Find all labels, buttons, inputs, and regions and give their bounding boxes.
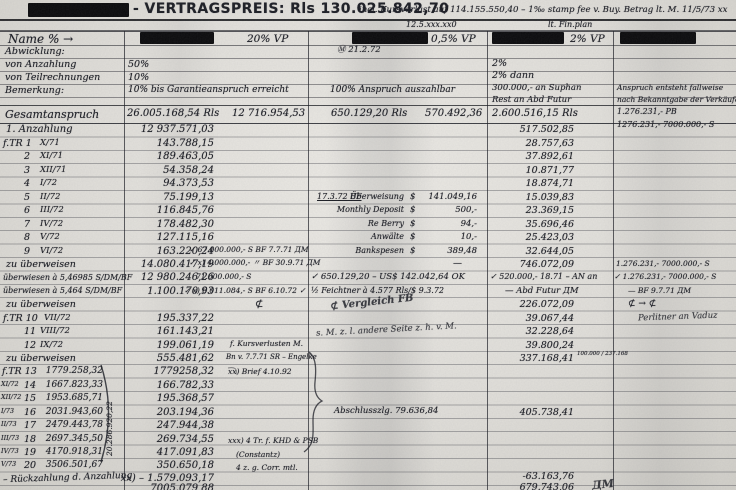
currency-sign: $	[410, 206, 415, 215]
strike-mark: ⊄	[255, 300, 263, 310]
term-remark-last: Anspruch entsteht fallweise	[617, 84, 723, 92]
amount-2vp: 28.757,63	[526, 139, 574, 149]
amount-2vp: 39.800,24	[526, 341, 574, 351]
amount-20vp: 195.337,22	[157, 314, 214, 324]
amount-20vp: 166.782,33	[157, 381, 214, 391]
row-label: 3	[24, 166, 30, 176]
term-value-2vp: 2% dann	[492, 71, 534, 81]
amount-2vp: 226.072,09	[520, 300, 574, 310]
rls-amount: 2479.443,78	[46, 421, 103, 430]
month-cell: IV/72	[40, 220, 63, 229]
row-label: zu überweisen	[6, 300, 76, 310]
amount-2vp: 25.423,03	[526, 233, 574, 243]
term-value-2vp: 2%	[492, 59, 507, 69]
amount-2vp-note: ✓ 520.000,- 18.71 – AN an	[490, 273, 597, 281]
month-cell: IX/72	[40, 341, 63, 350]
currency-sign: $	[410, 233, 415, 242]
row-label: 11	[24, 327, 36, 337]
row-label: 18	[24, 435, 36, 445]
row-label: 12	[24, 341, 36, 351]
month-cell: XI/72	[1, 381, 19, 388]
term-remark-2vp: Rest an Abd Futur	[492, 96, 571, 105]
row-label: 8	[24, 233, 30, 243]
ledger-amount: 500,-	[455, 206, 477, 215]
final-total-2vp: 679.743,06	[520, 483, 574, 490]
row-label: 17	[24, 421, 36, 431]
last-col-note: — BF 9.7.71 ДМ	[628, 287, 691, 295]
amount-20vp: 116.845,76	[157, 206, 214, 216]
side-note: ✓ x) 6.011.084,- S BF 6.10.72 ✓	[184, 287, 306, 295]
amount-20vp: 555.481,62	[157, 354, 214, 364]
ledger-item: Anwälte	[371, 233, 404, 241]
amount-20vp: 350.650,18	[157, 461, 214, 471]
fin-plan-note: lt. Fin.plan	[548, 21, 592, 29]
rls-amount: 4170.918,31	[46, 448, 103, 457]
term-remark-last: nach Bekanntgabe der Verkäufe	[617, 96, 736, 104]
last-col-note: 1.276.231,- 7000.000,- S	[616, 260, 710, 268]
amount-2vp: 39.067,44	[526, 314, 574, 324]
month-cell: XII/72	[1, 394, 21, 401]
amount-20vp: 1779258,32	[154, 367, 214, 377]
currency-sign: $	[410, 220, 415, 229]
last-col-note: ⊄ → ⊄	[628, 300, 656, 309]
rule-line	[0, 58, 736, 59]
month-cell: XI/71	[40, 152, 63, 161]
rotated-sum-note: 20.286.920,22	[106, 401, 114, 456]
month-cell: XII/71	[40, 166, 66, 175]
tiny-side-note: 100.000 / 237.168	[577, 352, 628, 358]
row-label: überwiesen à 5,464 S/DM/BF	[3, 287, 122, 295]
column-line	[124, 31, 125, 490]
scanned-ledger-page: - VERTRAGSPREIS: Rls 130.025.842,70 incl…	[0, 0, 736, 490]
total-claim-last2: 1276.231,- 7000.000,- S	[617, 121, 714, 129]
row-label: 5	[24, 193, 30, 203]
rls-amount: 2031.943,60	[46, 408, 103, 417]
row-label: zu überweisen	[6, 260, 76, 270]
month-cell: X/71	[40, 139, 60, 148]
amount-20vp: 127.115,16	[157, 233, 214, 243]
redaction-bar	[352, 32, 428, 45]
row-label: 19	[24, 448, 36, 458]
row-label: 6	[24, 206, 30, 216]
row-label: 16	[24, 408, 36, 418]
ledger-amount: 389,48	[447, 247, 477, 256]
last-col-note: ✓ 1.276.231,- 7000.000,- S	[614, 273, 716, 281]
column-header-20vp: 20% VP	[247, 34, 288, 45]
month-cell: V/73	[1, 461, 16, 468]
title-note: incl. Kursverlust auf 114.155.550,40 – 1…	[359, 6, 728, 15]
total-claim-label: Gesamtanspruch	[5, 109, 99, 120]
side-note: f. Kursverlusten M.	[230, 340, 303, 348]
month-cell: III/73	[1, 435, 19, 442]
ledger-note: Abschlusszlg. 79.636,84	[334, 407, 438, 416]
date-annotation: Ⓜ 21.2.72	[337, 46, 381, 55]
rls-amount: 3506.501,67	[46, 461, 103, 470]
footnote-xxx: xxx) 4 Tr. f. KHD & PSB	[228, 437, 318, 445]
row-label: von Anzahlung	[5, 60, 76, 70]
row-label: 14	[24, 381, 36, 391]
row-label: 15	[24, 394, 36, 404]
amount-2vp: 746.072,09	[520, 260, 574, 270]
redaction-bar	[492, 32, 564, 45]
total-claim-05vp: 650.129,20 Rls	[331, 109, 407, 119]
total-claim-20vp: 26.005.168,54 Rls	[127, 109, 219, 119]
amount-20vp: 195.368,57	[157, 394, 214, 404]
month-cell: VII/72	[44, 314, 71, 323]
redaction-bar	[28, 3, 129, 17]
ledger-note: ½ Feichtner à 4.577 Rls/$ 9.3.72	[311, 287, 444, 295]
amount-20vp: 269.734,55	[157, 435, 214, 445]
row-label: f.TR 1	[3, 139, 32, 149]
term-remark-05vp: 100% Anspruch auszahlbar	[330, 86, 455, 95]
amount-2vp: 337.168,41	[520, 354, 574, 364]
month-cell: III/72	[40, 206, 64, 215]
column-header-name: Name % →	[8, 33, 73, 45]
ledger-item: Re Berry	[368, 220, 404, 228]
column-line	[487, 31, 488, 490]
rule-line	[0, 105, 736, 107]
amount-20vp: 94.373,53	[163, 179, 214, 189]
amount-20vp: 161.143,21	[157, 327, 214, 337]
total-claim-2vp: 2.600.516,15 Rls	[492, 109, 578, 119]
term-remark-2vp: 300.000,- an Suphan	[492, 84, 581, 93]
row-label: überwiesen à 5,46985 S/DM/BF	[3, 274, 132, 282]
amount-2vp: 32.644,05	[526, 247, 574, 257]
rls-amount: 1667.823,33	[46, 381, 103, 390]
amount-20vp: 75.199,13	[163, 193, 214, 203]
row-label: 1. Anzahlung	[6, 125, 73, 135]
month-cell: V/72	[40, 233, 60, 242]
rls-amount: 1779.258,32	[46, 367, 103, 376]
amount-2vp: 405.738,41	[520, 408, 574, 418]
row-label: 2	[24, 152, 30, 162]
row-label: Abwicklung:	[5, 47, 65, 57]
month-cell: IV/73	[1, 448, 19, 455]
ledger-amount: 94,-	[461, 220, 477, 229]
month-cell: I/73	[1, 408, 14, 415]
row-label: 9	[24, 247, 30, 257]
row-label: f.TR 13	[2, 367, 37, 377]
ledger-amount: 141.049,16	[428, 193, 477, 202]
total-claim-last: 1.276.231,- PB	[617, 108, 677, 116]
amount-20vp: 247.944,38	[157, 421, 214, 431]
month-cell: VI/72	[40, 247, 63, 256]
side-note: xx) Brief 4.10.92	[228, 368, 292, 376]
amount-20vp: 203.194,36	[157, 408, 214, 418]
ledger-amount: 10,-	[461, 233, 477, 242]
amount-20vp: 54.358,24	[163, 166, 214, 176]
row-label: 4	[24, 179, 30, 189]
month-cell: VIII/72	[40, 327, 70, 336]
initials-scribble: ДМ	[591, 478, 614, 490]
final-total-20vp: 7005.079,88	[150, 484, 214, 490]
row-label: f.TR 10	[3, 314, 38, 324]
column-header-2vp: 2% VP	[570, 34, 605, 45]
side-note: ✓ x) 4.000.000,- 〃 BF 30.9.71 ДМ	[189, 259, 320, 267]
ledger-item: Überweisung	[350, 193, 404, 201]
ledger-sum-dash: —	[453, 260, 462, 269]
row-label: von Teilrechnungen	[5, 73, 100, 83]
column-line	[613, 31, 614, 490]
footnote-xxx: 4 z. g. Corr. mtl.	[236, 464, 298, 472]
amount-2vp: 15.039,83	[526, 193, 574, 203]
footnote-xxx: (Constantz)	[236, 451, 280, 459]
month-cell: II/72	[40, 193, 60, 202]
month-cell: I/72	[40, 179, 57, 188]
row-label: 7	[24, 220, 30, 230]
amount-2vp: 10.871,77	[526, 166, 574, 176]
row-label: zu überweisen	[6, 354, 76, 364]
amount-2vp: 18.874,71	[526, 179, 574, 189]
row-label: 20	[24, 461, 36, 471]
currency-sign: $	[410, 247, 415, 256]
amount-20vp: 417.091,83	[157, 448, 214, 458]
side-note: Bn v. 7.7.71 SR – Engelke	[226, 354, 317, 361]
amount-2vp: 35.696,46	[526, 220, 574, 230]
currency-sign: $	[410, 193, 415, 202]
ledger-item: Bankspesen	[355, 247, 404, 255]
term-value-20vp: 50%	[128, 60, 149, 70]
amount-2vp-note: — Abd Futur ДМ	[505, 287, 579, 296]
ledger-item: Monthly Deposit	[337, 206, 404, 214]
amount-20vp: 189.463,05	[157, 152, 214, 162]
amount-20vp: 199.061,19	[157, 341, 214, 351]
amount-20vp: 143.788,15	[157, 139, 214, 149]
month-cell: II/73	[1, 421, 17, 428]
redaction-bar	[620, 32, 696, 45]
amount-20vp: 12 937.571,03	[141, 125, 214, 135]
term-value-20vp: 10%	[128, 73, 149, 83]
side-note: 71.000.000,- S	[196, 273, 251, 281]
column-header-05vp: 0,5% VP	[431, 34, 476, 45]
amount-20vp: 178.482,30	[157, 220, 214, 230]
rls-amount: 2697.345,50	[46, 435, 103, 444]
row-label: Bemerkung:	[5, 86, 64, 96]
amount-2vp: 37.892,61	[526, 152, 574, 162]
amount-2vp: 23.369,15	[526, 206, 574, 216]
term-remark-20vp: 10% bis Garantieanspruch erreicht	[128, 86, 289, 95]
rule-line	[0, 19, 736, 21]
side-note: ✓ 67.000.000,- S BF 7.7.71 ДМ	[189, 246, 309, 254]
amount-2vp: 517.502,85	[520, 125, 574, 135]
total-claim-05vp-dm: 570.492,36	[425, 109, 482, 119]
rls-amount: 1953.685,71	[46, 394, 103, 403]
rule-line	[0, 71, 736, 72]
fin-plan-amount: 12.5.xxx.xx0	[406, 21, 457, 29]
amount-2vp: 32.228,64	[526, 327, 574, 337]
total-claim-20vp-dm: 12 716.954,53	[232, 109, 305, 119]
redaction-bar	[140, 32, 214, 45]
amount-2vp: -63.163,76	[522, 472, 574, 482]
ledger-note: ✓ 650.129,20 – US$ 142.042,64 OK	[311, 273, 465, 282]
